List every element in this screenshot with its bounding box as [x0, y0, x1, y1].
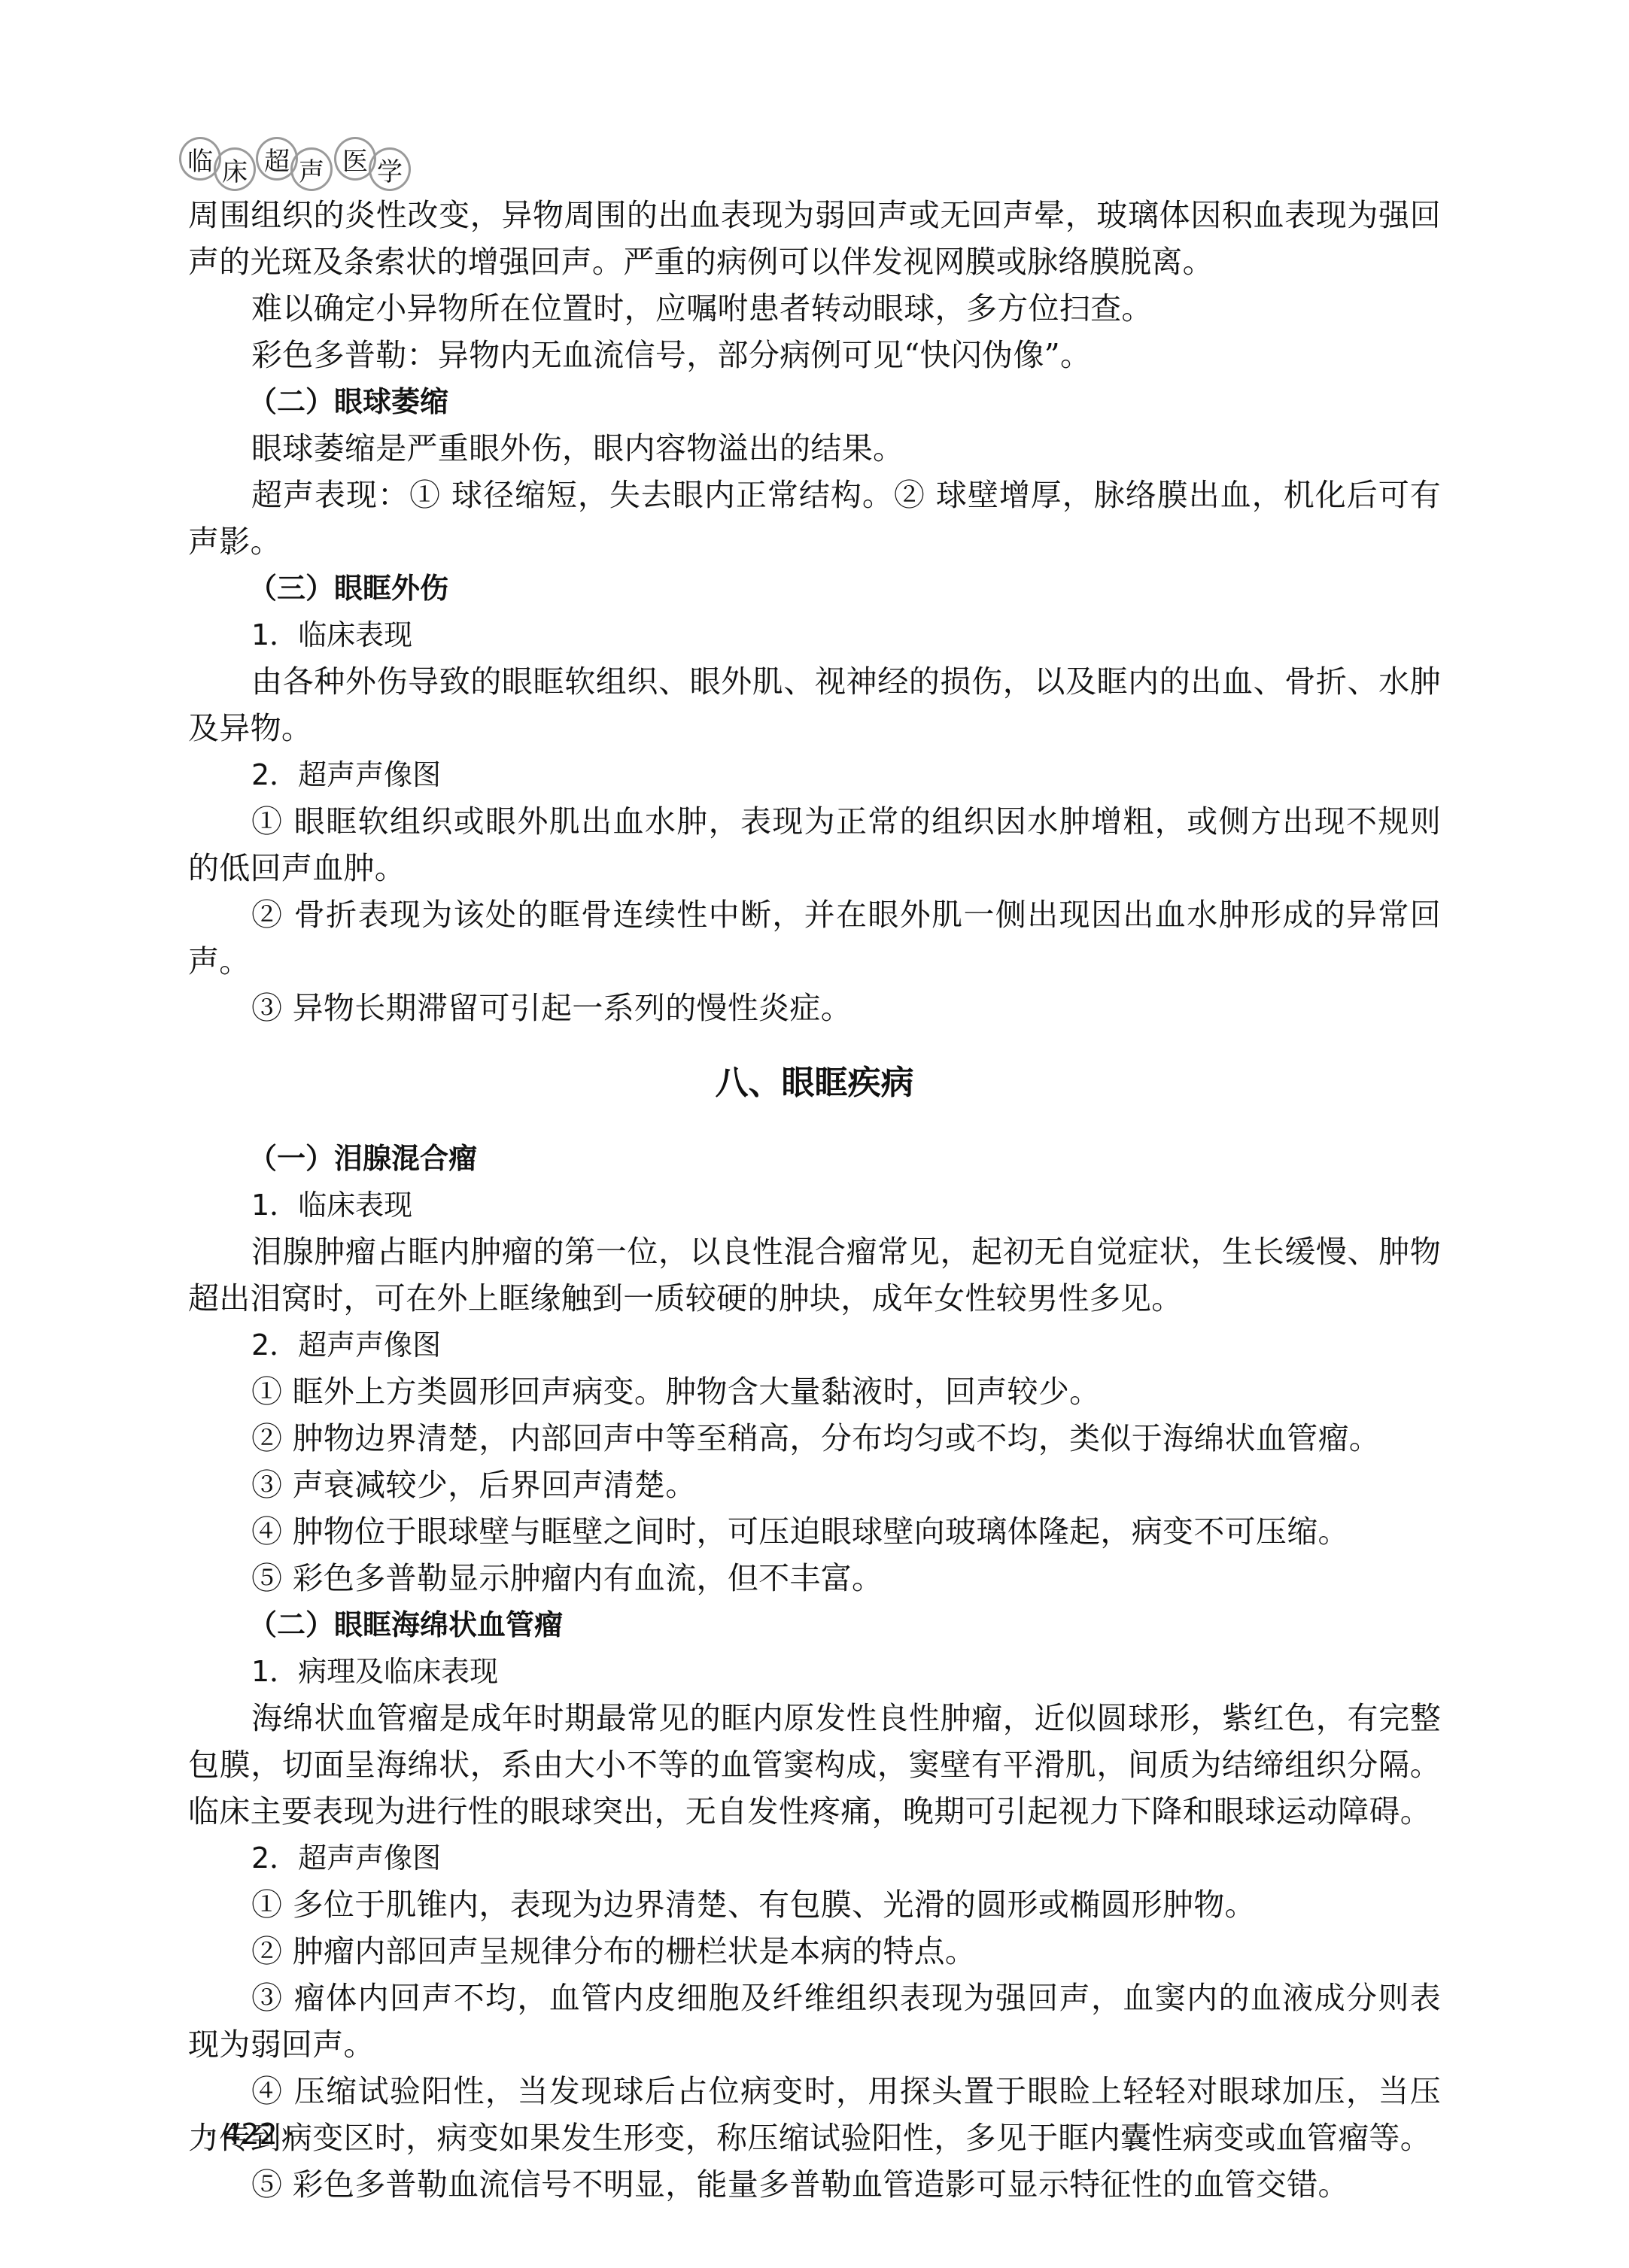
page-body: 周围组织的炎性改变，异物周围的出血表现为弱回声或无回声晕，玻璃体因积血表现为强回…: [188, 192, 1441, 2208]
logo-char: 学: [369, 147, 411, 191]
paragraph: ④ 压缩试验阳性，当发现球后占位病变时，用探头置于眼睑上轻轻对眼球加压，当压力传…: [188, 2068, 1441, 2161]
paragraph: ① 眶外上方类圆形回声病变。肿物含大量黏液时，回声较少。: [188, 1368, 1441, 1415]
logo-char: 声: [290, 147, 333, 191]
paragraph: ② 骨折表现为该处的眶骨连续性中断，并在眼外肌一侧出现因出血水肿形成的异常回声。: [188, 891, 1441, 985]
paragraph: 海绵状血管瘤是成年时期最常见的眶内原发性良性肿瘤，近似圆球形，紫红色，有完整包膜…: [188, 1695, 1441, 1835]
paragraph: ② 肿瘤内部回声呈规律分布的栅栏状是本病的特点。: [188, 1928, 1441, 1975]
section-title: 八、眼眶疾病: [188, 1060, 1441, 1107]
subsection-heading: （三）眼眶外伤: [188, 565, 1441, 612]
paragraph: ② 肿物边界清楚，内部回声中等至稍高，分布均匀或不均，类似于海绵状血管瘤。: [188, 1415, 1441, 1462]
paragraph: 彩色多普勒：异物内无血流信号，部分病例可见“快闪伪像”。: [188, 332, 1441, 378]
item-heading: 1．临床表现: [188, 1182, 1441, 1228]
logo-char: 床: [214, 147, 256, 191]
paragraph: ① 多位于肌锥内，表现为边界清楚、有包膜、光滑的圆形或椭圆形肿物。: [188, 1881, 1441, 1928]
paragraph: ③ 声衰减较少，后界回声清楚。: [188, 1462, 1441, 1508]
paragraph: ③ 瘤体内回声不均，血管内皮细胞及纤维组织表现为强回声，血窦内的血液成分则表现为…: [188, 1975, 1441, 2068]
paragraph: 泪腺肿瘤占眶内肿瘤的第一位，以良性混合瘤常见，起初无自觉症状，生长缓慢、肿物超出…: [188, 1228, 1441, 1322]
subsection-heading: （二）眼球萎缩: [188, 378, 1441, 425]
item-heading: 1．临床表现: [188, 612, 1441, 658]
paragraph: ① 眼眶软组织或眼外肌出血水肿，表现为正常的组织因水肿增粗，或侧方出现不规则的低…: [188, 798, 1441, 891]
paragraph: 周围组织的炎性改变，异物周围的出血表现为弱回声或无回声晕，玻璃体因积血表现为强回…: [188, 192, 1441, 285]
item-heading: 2．超声声像图: [188, 1835, 1441, 1881]
paragraph: ⑤ 彩色多普勒显示肿瘤内有血流，但不丰富。: [188, 1555, 1441, 1602]
page-number: · 422 ·: [205, 2118, 296, 2151]
paragraph: 眼球萎缩是严重眼外伤，眼内容物溢出的结果。: [188, 425, 1441, 472]
paragraph: 难以确定小异物所在位置时，应嘱咐患者转动眼球，多方位扫查。: [188, 285, 1441, 332]
paragraph: 由各种外伤导致的眼眶软组织、眼外肌、视神经的损伤，以及眶内的出血、骨折、水肿及异…: [188, 658, 1441, 751]
item-heading: 1．病理及临床表现: [188, 1648, 1441, 1695]
paragraph: ⑤ 彩色多普勒血流信号不明显，能量多普勒血管造影可显示特征性的血管交错。: [188, 2161, 1441, 2208]
paragraph: ③ 异物长期滞留可引起一系列的慢性炎症。: [188, 985, 1441, 1031]
item-heading: 2．超声声像图: [188, 751, 1441, 798]
subsection-heading: （二）眼眶海绵状血管瘤: [188, 1602, 1441, 1648]
item-heading: 2．超声声像图: [188, 1322, 1441, 1368]
paragraph: 超声表现：① 球径缩短，失去眼内正常结构。② 球壁增厚，脉络膜出血，机化后可有声…: [188, 472, 1441, 565]
subsection-heading: （一）泪腺混合瘤: [188, 1135, 1441, 1182]
paragraph: ④ 肿物位于眼球壁与眶壁之间时，可压迫眼球壁向玻璃体隆起，病变不可压缩。: [188, 1508, 1441, 1555]
